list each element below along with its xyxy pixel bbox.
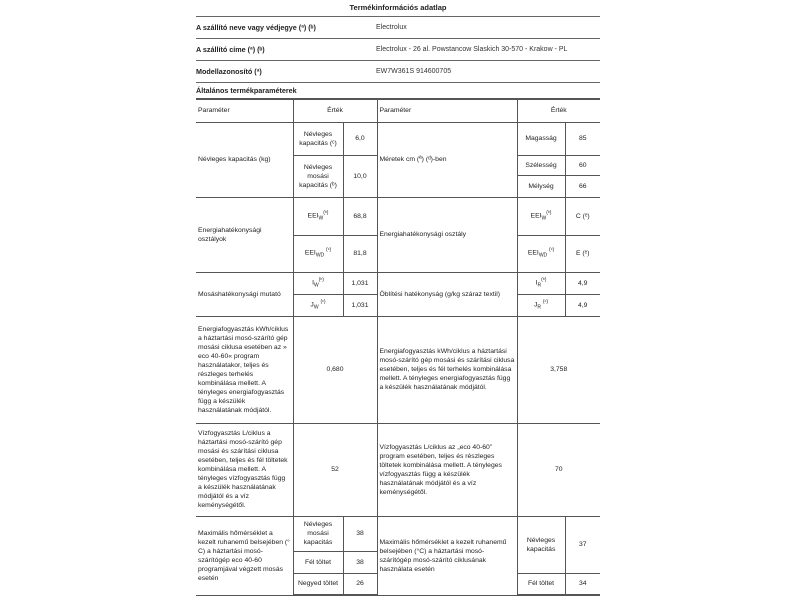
supplier-address-row: A szállító címe (ª) (ᵇ) Electrolux - 26 … <box>196 38 600 60</box>
temp-row-value: 38 <box>343 551 377 573</box>
efficiency-classes-label: Energiahatékonysági osztályok <box>196 197 293 272</box>
temperature-label-2: Maximális hőmérséklet a kezelt ruhanemű … <box>377 516 517 595</box>
iw-label: IW(ᵇ) <box>293 272 343 294</box>
rated-wash-capacity-value: 10,0 <box>343 155 377 197</box>
depth-label: Mélység <box>517 175 565 197</box>
capacity-label: Névleges kapacitás (kg) <box>196 122 293 197</box>
energy-value-2: 3,758 <box>517 316 600 423</box>
class-wd-value: E (ᵉ) <box>565 235 600 272</box>
width-label: Szélesség <box>517 155 565 175</box>
jw-value: 1,031 <box>343 294 377 316</box>
jw-label: JW (ᶜ) <box>293 294 343 316</box>
temp-row-value: 38 <box>343 516 377 551</box>
parameters-table: Paraméter Érték Paraméter Érték Névleges… <box>196 98 600 596</box>
eeiwd-label-2: EEIWD (ᶜ) <box>517 235 565 272</box>
model-value: EW7W361S 914600705 <box>376 68 600 75</box>
header-value-2: Érték <box>517 99 600 122</box>
product-information-sheet: Termékinformációs adatlap A szállító nev… <box>196 0 600 596</box>
table-row: Maximális hőmérséklet a kezelt ruhanemű … <box>196 516 600 551</box>
eeiw-label-2: EEIW(ᵇ) <box>517 197 565 235</box>
temp-row-label: Névleges mosási kapacitás <box>293 516 343 551</box>
washing-index-label: Mosáshatékonysági mutató <box>196 272 293 316</box>
energy-label-2: Energiafogyasztás kWh/ciklus a háztartás… <box>377 316 517 423</box>
rinse-label: Öblítési hatékonyság (g/kg száraz textil… <box>377 272 517 316</box>
width-value: 60 <box>565 155 600 175</box>
temp-row-value: 26 <box>343 573 377 595</box>
model-label: Modellazonosító (ª) <box>196 67 376 76</box>
sheet-title: Termékinformációs adatlap <box>196 0 600 16</box>
header-value: Érték <box>293 99 377 122</box>
table-row: Névleges kapacitás (kg) Névleges kapacit… <box>196 122 600 155</box>
temp2-row-label: Fél töltet <box>517 573 565 595</box>
jr-label: JR (ᶜ) <box>517 294 565 316</box>
dimensions-label: Méretek cm (ª) (ᵈ)-ben <box>377 122 517 197</box>
eeiwd-label: EEIWD (ᶜ) <box>293 235 343 272</box>
header-parameter: Paraméter <box>196 99 293 122</box>
energy-label: Energiafogyasztás kWh/ciklus a háztartás… <box>196 316 293 423</box>
water-label-2: Vízfogyasztás L/ciklus az „eco 40-60” pr… <box>377 423 517 516</box>
temp2-row-label: Névleges kapacitás <box>517 516 565 573</box>
supplier-address-label: A szállító címe (ª) (ᵇ) <box>196 45 376 54</box>
temp-row-label: Fél töltet <box>293 551 343 573</box>
rated-wash-capacity-label: Névleges mosási kapacitás (ᵇ) <box>293 155 343 197</box>
table-row: Vízfogyasztás L/ciklus a háztartási mosó… <box>196 423 600 516</box>
supplier-address-value: Electrolux - 26 al. Powstancow Slaskich … <box>376 46 600 53</box>
temp2-row-value: 37 <box>565 516 600 573</box>
efficiency-class-label: Energiahatékonysági osztály <box>377 197 517 272</box>
temperature-label: Maximális hőmérséklet a kezelt ruhanemű … <box>196 516 293 595</box>
depth-value: 66 <box>565 175 600 197</box>
height-value: 85 <box>565 122 600 155</box>
table-row: Mosáshatékonysági mutató IW(ᵇ) 1,031 Öbl… <box>196 272 600 294</box>
energy-value: 0,680 <box>293 316 377 423</box>
supplier-name-label: A szállító neve vagy védjegye (ª) (ᵇ) <box>196 23 376 32</box>
class-w-value: C (ᵉ) <box>565 197 600 235</box>
supplier-name-row: A szállító neve vagy védjegye (ª) (ᵇ) El… <box>196 16 600 38</box>
table-row: Energiahatékonysági osztályok EEIW(ᵇ) 68… <box>196 197 600 235</box>
header-parameter-2: Paraméter <box>377 99 517 122</box>
water-value: 52 <box>293 423 377 516</box>
section-title: Általános termékparaméterek <box>196 82 600 98</box>
table-header-row: Paraméter Érték Paraméter Érték <box>196 99 600 122</box>
water-value-2: 70 <box>517 423 600 516</box>
ir-label: IR(ᵇ) <box>517 272 565 294</box>
jr-value: 4,9 <box>565 294 600 316</box>
ir-value: 4,9 <box>565 272 600 294</box>
temp2-row-value: 34 <box>565 573 600 595</box>
rated-capacity-label: Névleges kapacitás (ᶜ) <box>293 122 343 155</box>
water-label: Vízfogyasztás L/ciklus a háztartási mosó… <box>196 423 293 516</box>
eeiwd-value: 81,8 <box>343 235 377 272</box>
rated-capacity-value: 6,0 <box>343 122 377 155</box>
eeiw-value: 68,8 <box>343 197 377 235</box>
supplier-name-value: Electrolux <box>376 24 600 31</box>
iw-value: 1,031 <box>343 272 377 294</box>
temp-row-label: Negyed töltet <box>293 573 343 595</box>
table-row: Energiafogyasztás kWh/ciklus a háztartás… <box>196 316 600 423</box>
height-label: Magasság <box>517 122 565 155</box>
eeiw-label: EEIW(ᵇ) <box>293 197 343 235</box>
model-row: Modellazonosító (ª) EW7W361S 914600705 <box>196 60 600 82</box>
